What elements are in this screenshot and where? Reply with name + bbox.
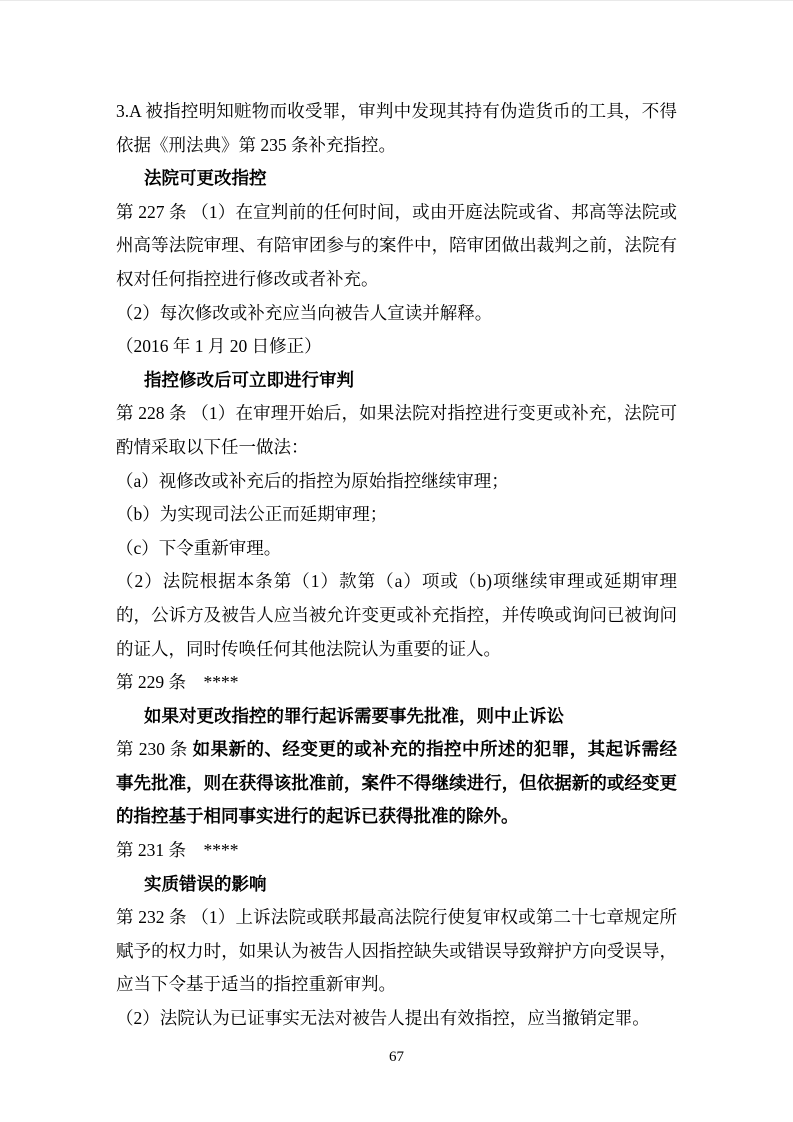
article-228-item-a: （a）视修改或补充后的指控为原始指控继续审理； (116, 465, 677, 499)
article-228-item-c: （c）下令重新审理。 (116, 532, 677, 566)
article-230-text: 如果新的、经变更的或补充的指控中所述的犯罪，其起诉需经事先批准，则在获得该批准前… (116, 739, 677, 826)
article-231-omitted: 第 231 条 **** (116, 834, 677, 868)
article-229-omitted: 第 229 条 **** (116, 666, 677, 700)
document-page: 3.A 被指控明知赃物而收受罪，审判中发现其持有伪造货币的工具，不得依据《刑法典… (0, 0, 793, 1122)
article-227-clause-1: 第 227 条 （1）在宣判前的任何时间，或由开庭法院或省、邦高等法院或州高等法… (116, 196, 677, 297)
article-227-clause-2: （2）每次修改或补充应当向被告人宣读并解释。 (116, 297, 677, 331)
article-230: 第 230 条 如果新的、经变更的或补充的指控中所述的犯罪，其起诉需经事先批准，… (116, 733, 677, 834)
section-heading-trial-after-alteration: 指控修改后可立即进行审判 (116, 364, 677, 398)
article-230-number: 第 230 条 (116, 739, 193, 759)
section-heading-court-may-alter-charge: 法院可更改指控 (116, 162, 677, 196)
article-232-clause-2: （2）法院认为已证事实无法对被告人提出有效指控，应当撤销定罪。 (116, 1002, 677, 1036)
article-228-item-b: （b）为实现司法公正而延期审理； (116, 498, 677, 532)
article-228-clause-1: 第 228 条 （1）在审理开始后，如果法院对指控进行变更或补充，法院可酌情采取… (116, 397, 677, 464)
document-body: 3.A 被指控明知赃物而收受罪，审判中发现其持有伪造货币的工具，不得依据《刑法典… (116, 95, 677, 1036)
section-heading-stay-of-proceedings: 如果对更改指控的罪行起诉需要事先批准，则中止诉讼 (116, 700, 677, 734)
section-heading-effect-of-material-error: 实质错误的影响 (116, 868, 677, 902)
page-number: 67 (0, 1047, 793, 1067)
article-228-clause-2: （2）法院根据本条第（1）款第（a）项或（b)项继续审理或延期审理的，公诉方及被… (116, 565, 677, 666)
amendment-date-note: （2016 年 1 月 20 日修正） (116, 330, 677, 364)
article-232-clause-1: 第 232 条 （1）上诉法院或联邦最高法院行使复审权或第二十七章规定所赋予的权… (116, 901, 677, 1002)
paragraph-note-3a: 3.A 被指控明知赃物而收受罪，审判中发现其持有伪造货币的工具，不得依据《刑法典… (116, 95, 677, 162)
